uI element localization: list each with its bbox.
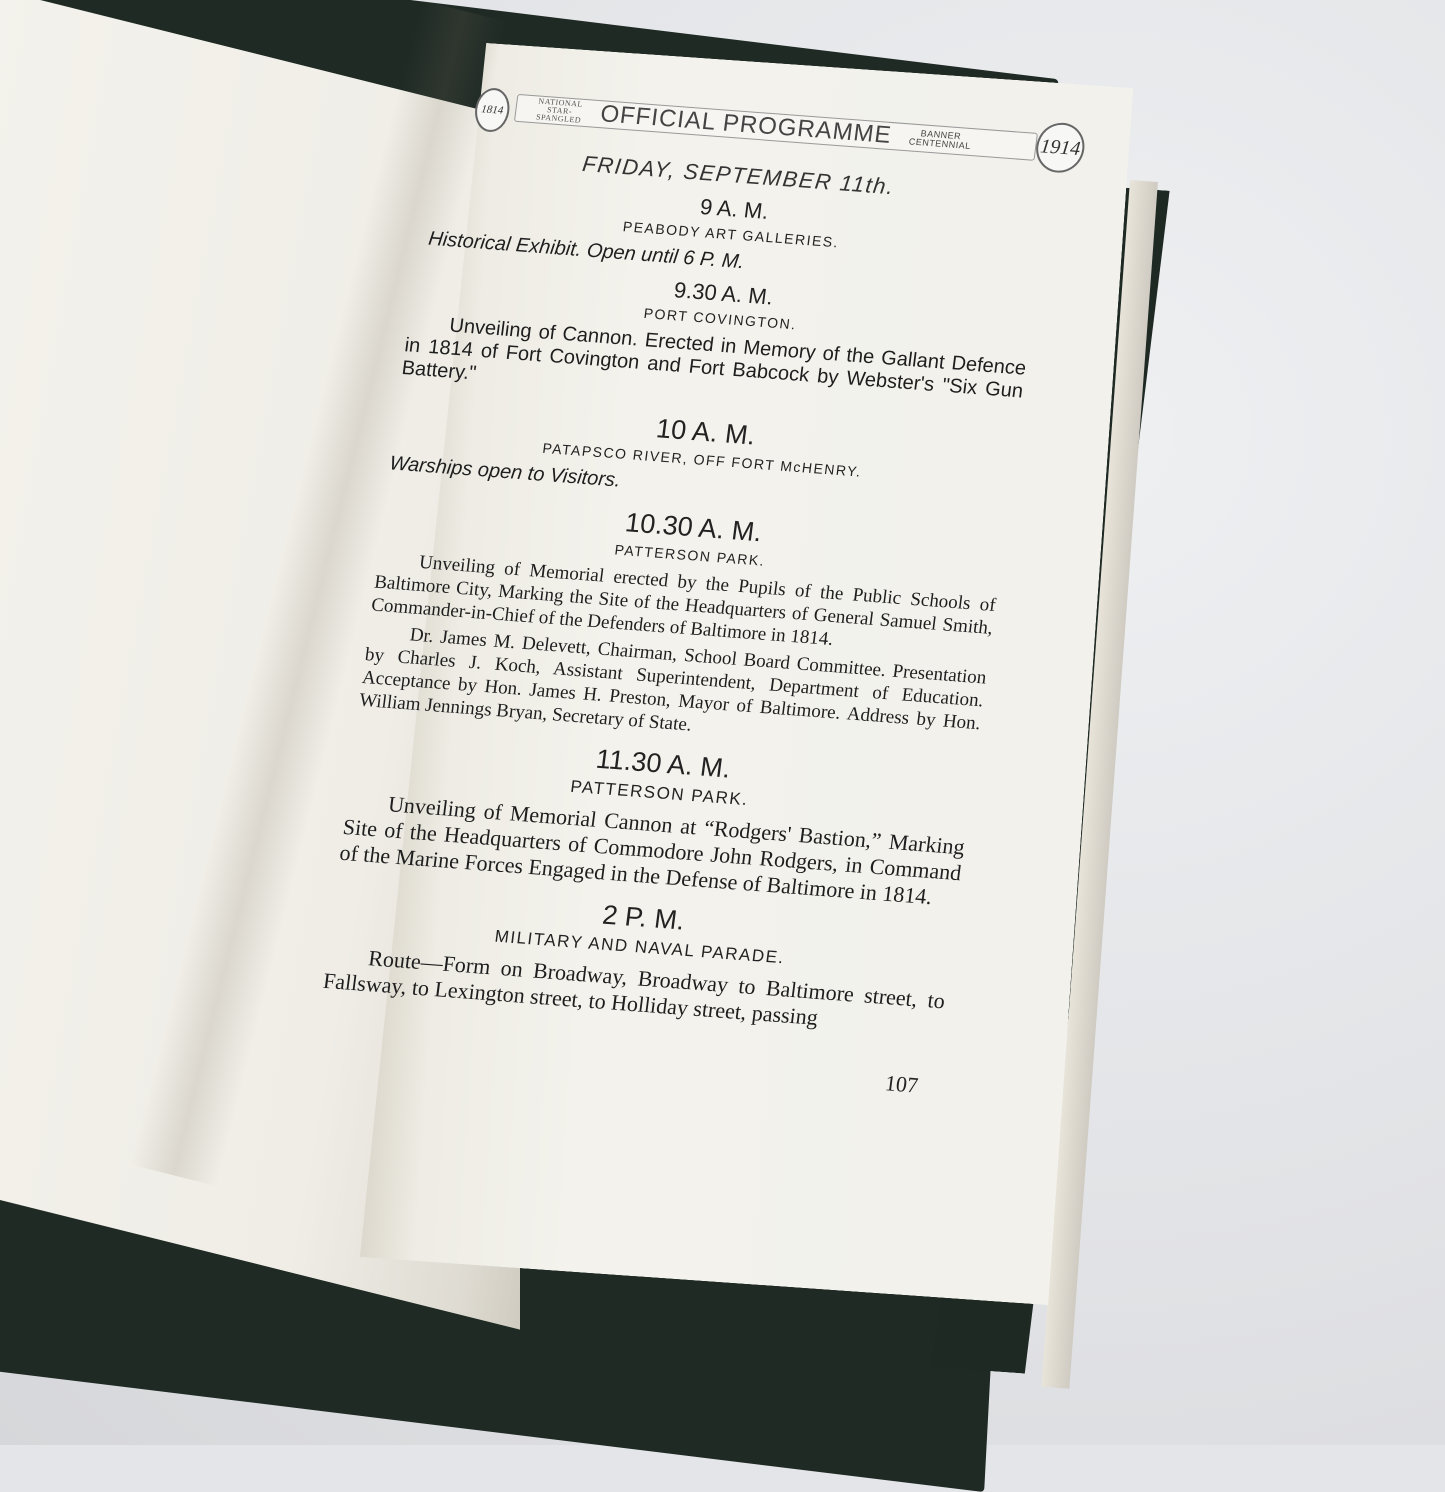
photo-background: Citizens of Baltimore. Guard of Honor St…: [0, 0, 1445, 1445]
banner-left-caption: NATIONAL STAR-SPANGLED: [523, 97, 596, 126]
programme-title: OFFICIAL PROGRAMME: [599, 100, 894, 150]
left-line: Citizens of Baltimore. Guard of Honor: [0, 48, 107, 943]
left-page-text: Citizens of Baltimore. Guard of Honor St…: [0, 48, 107, 1330]
right-page-content: 1814 NATIONAL STAR-SPANGLED OFFICIAL PRO…: [314, 70, 1058, 1100]
seal-1814-icon: 1814: [473, 87, 513, 133]
banner-right-bottom: CENTENNIAL: [908, 136, 971, 151]
banner-right-caption: BANNER CENTENNIAL: [908, 128, 972, 151]
